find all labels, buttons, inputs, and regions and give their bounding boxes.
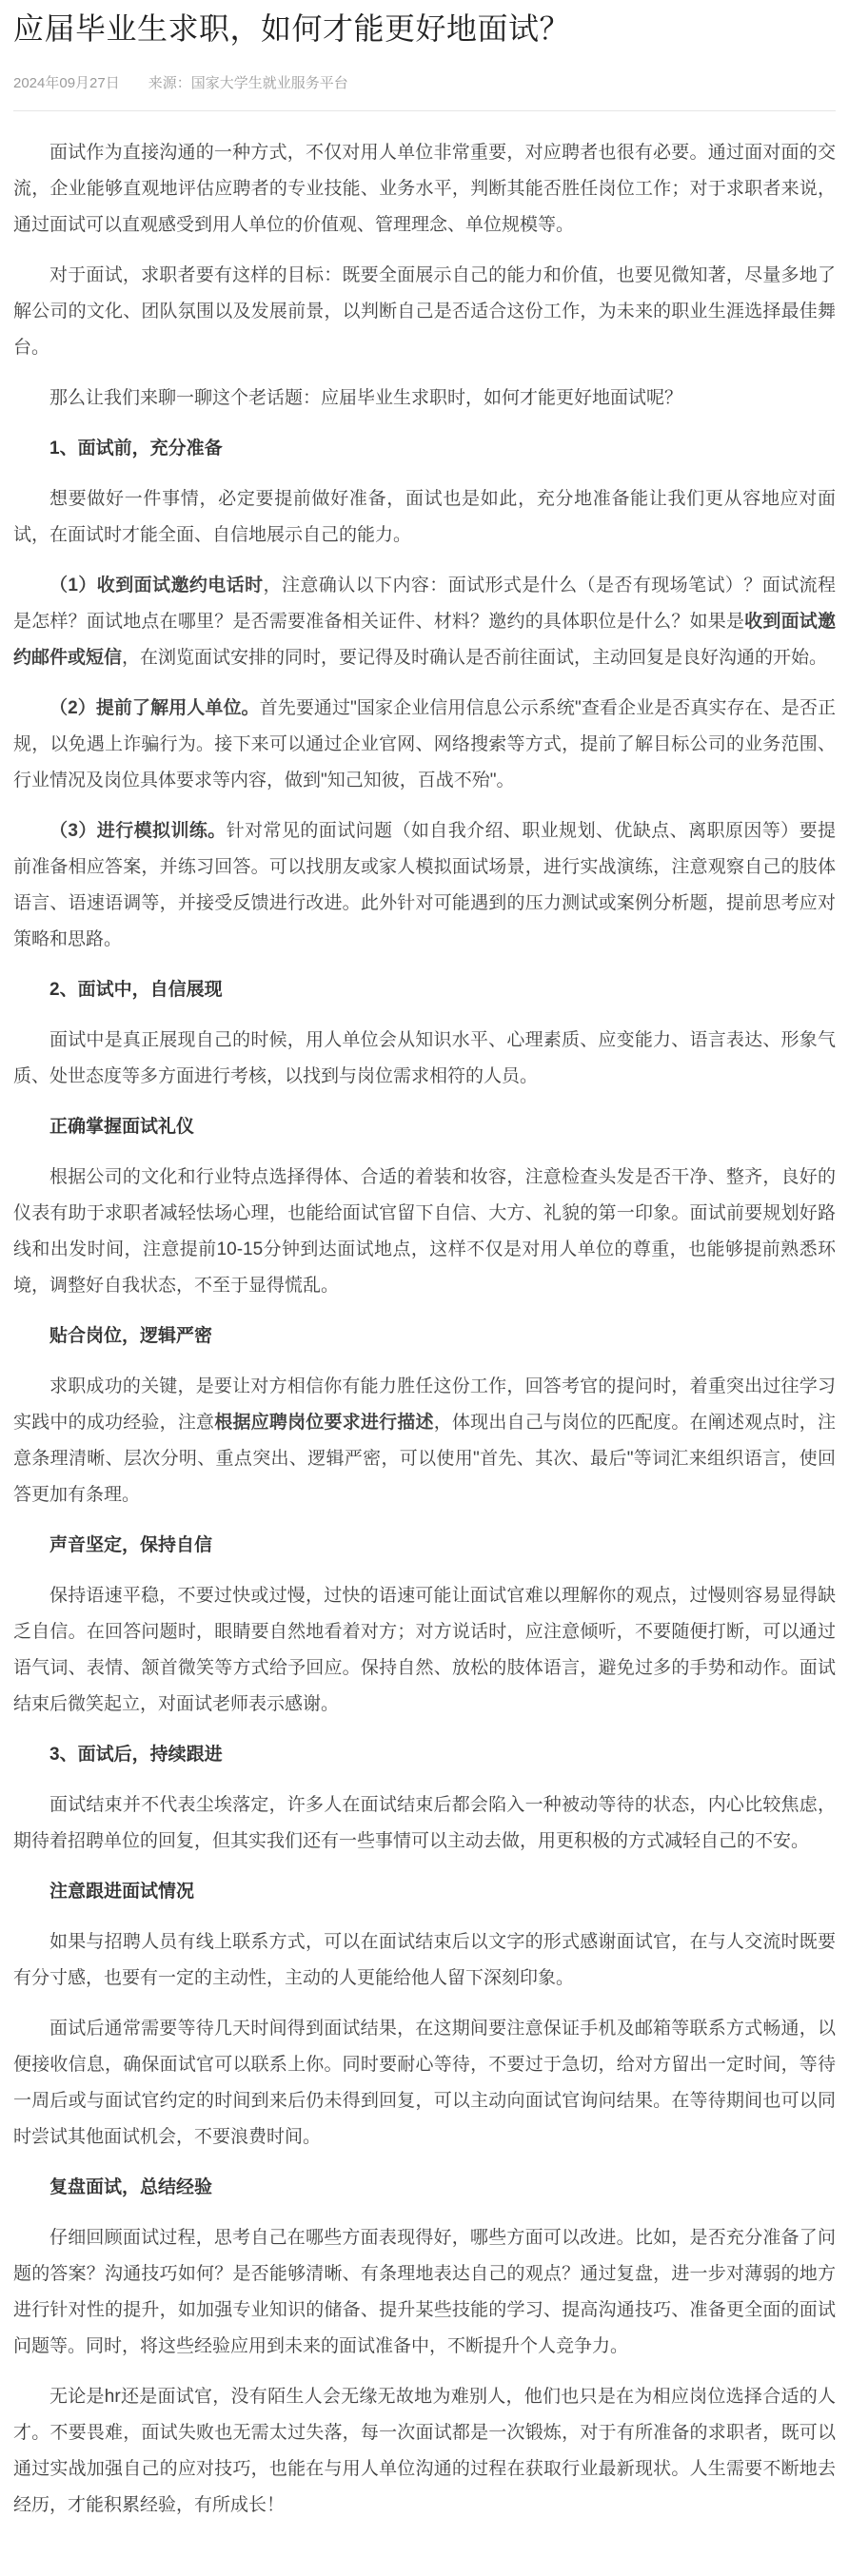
text-run: 面试中是真正展现自己的时候，用人单位会从知识水平、心理素质、应变能力、语言表达、… xyxy=(13,1030,836,1086)
text-run: 正确掌握面试礼仪 xyxy=(49,1117,194,1137)
text-run: 对于面试，求职者要有这样的目标：既要全面展示自己的能力和价值，也要见微知著，尽量… xyxy=(13,265,836,358)
article-paragraph: （1）收到面试邀约电话时，注意确认以下内容：面试形式是什么（是否有现场笔试）？面… xyxy=(13,568,836,676)
section-heading: 声音坚定，保持自信 xyxy=(13,1528,836,1564)
text-run: 1、面试前，充分准备 xyxy=(49,439,223,459)
article-paragraph: 对于面试，求职者要有这样的目标：既要全面展示自己的能力和价值，也要见微知著，尽量… xyxy=(13,258,836,366)
text-run: 想要做好一件事情，必定要提前做好准备，面试也是如此，充分地准备能让我们更从容地应… xyxy=(13,489,836,545)
emphasis-text: （1）收到面试邀约电话时 xyxy=(49,576,264,595)
article-page: 应届毕业生求职，如何才能更好地面试？ 2024年09月27日来源：国家大学生就业… xyxy=(0,8,849,2576)
publish-date: 2024年09月27日 xyxy=(13,75,120,91)
section-heading: 1、面试前，充分准备 xyxy=(13,431,836,467)
text-run: 复盘面试，总结经验 xyxy=(49,2177,212,2197)
article-paragraph: 想要做好一件事情，必定要提前做好准备，面试也是如此，充分地准备能让我们更从容地应… xyxy=(13,481,836,554)
article-paragraph: 求职成功的关键，是要让对方相信你有能力胜任这份工作，回答考官的提问时，着重突出过… xyxy=(13,1369,836,1513)
section-heading: 2、面试中，自信展现 xyxy=(13,972,836,1008)
article-paragraph: 如果与招聘人员有线上联系方式，可以在面试结束后以文字的形式感谢面试官，在与人交流… xyxy=(13,1924,836,1997)
section-heading: 正确掌握面试礼仪 xyxy=(13,1109,836,1145)
article-paragraph: （3）进行模拟训练。针对常见的面试问题（如自我介绍、职业规划、优缺点、离职原因等… xyxy=(13,813,836,958)
text-run: 注意跟进面试情况 xyxy=(49,1882,194,1902)
source-label: 来源： xyxy=(148,75,191,91)
emphasis-text: 根据应聘岗位要求进行描述 xyxy=(214,1413,433,1433)
text-run: 仔细回顾面试过程，思考自己在哪些方面表现得好，哪些方面可以改进。比如，是否充分准… xyxy=(13,2228,836,2356)
section-heading: 复盘面试，总结经验 xyxy=(13,2170,836,2206)
text-run: 面试作为直接沟通的一种方式，不仅对用人单位非常重要，对应聘者也很有必要。通过面对… xyxy=(13,143,836,235)
text-run: 那么让我们来聊一聊这个老话题：应届毕业生求职时，如何才能更好地面试呢？ xyxy=(49,388,682,408)
text-run: 面试后通常需要等待几天时间得到面试结果，在这期间要注意保证手机及邮箱等联系方式畅… xyxy=(13,2019,836,2147)
text-run: 2、面试中，自信展现 xyxy=(49,980,223,1000)
source-name: 国家大学生就业服务平台 xyxy=(191,75,348,91)
text-run: 保持语速平稳，不要过快或过慢，过快的语速可能让面试官难以理解你的观点，过慢则容易… xyxy=(13,1586,836,1714)
article-paragraph: 面试后通常需要等待几天时间得到面试结果，在这期间要注意保证手机及邮箱等联系方式畅… xyxy=(13,2011,836,2156)
text-run: 无论是hr还是面试官，没有陌生人会无缘无故地为难别人，他们也只是在为相应岗位选择… xyxy=(13,2387,836,2515)
article-paragraph: 面试结束并不代表尘埃落定，许多人在面试结束后都会陷入一种被动等待的状态，内心比较… xyxy=(13,1787,836,1860)
article-paragraph: （2）提前了解用人单位。首先要通过"国家企业信用信息公示系统"查看企业是否真实存… xyxy=(13,691,836,799)
section-heading: 3、面试后，持续跟进 xyxy=(13,1737,836,1773)
article-paragraph: 无论是hr还是面试官，没有陌生人会无缘无故地为难别人，他们也只是在为相应岗位选择… xyxy=(13,2379,836,2524)
article-paragraph: 面试作为直接沟通的一种方式，不仅对用人单位非常重要，对应聘者也很有必要。通过面对… xyxy=(13,135,836,244)
article-paragraph: 保持语速平稳，不要过快或过慢，过快的语速可能让面试官难以理解你的观点，过慢则容易… xyxy=(13,1578,836,1723)
section-heading: 注意跟进面试情况 xyxy=(13,1874,836,1910)
text-run: 如果与招聘人员有线上联系方式，可以在面试结束后以文字的形式感谢面试官，在与人交流… xyxy=(13,1932,836,1988)
emphasis-text: （3）进行模拟训练。 xyxy=(49,821,227,841)
article-paragraph: 那么让我们来聊一聊这个老话题：应届毕业生求职时，如何才能更好地面试呢？ xyxy=(13,381,836,417)
text-run: 3、面试后，持续跟进 xyxy=(49,1745,223,1765)
article-paragraph: 仔细回顾面试过程，思考自己在哪些方面表现得好，哪些方面可以改进。比如，是否充分准… xyxy=(13,2220,836,2365)
text-run: ，在浏览面试安排的同时，要记得及时确认是否前往面试，主动回复是良好沟通的开始。 xyxy=(122,648,827,668)
text-run: 根据公司的文化和行业特点选择得体、合适的着装和妆容，注意检查头发是否干净、整齐，… xyxy=(13,1167,836,1296)
page-title: 应届毕业生求职，如何才能更好地面试？ xyxy=(13,8,836,49)
text-run: 面试结束并不代表尘埃落定，许多人在面试结束后都会陷入一种被动等待的状态，内心比较… xyxy=(13,1795,836,1851)
article-body: 面试作为直接沟通的一种方式，不仅对用人单位非常重要，对应聘者也很有必要。通过面对… xyxy=(13,111,836,2524)
emphasis-text: （2）提前了解用人单位。 xyxy=(49,698,260,718)
article-paragraph: 面试中是真正展现自己的时候，用人单位会从知识水平、心理素质、应变能力、语言表达、… xyxy=(13,1023,836,1095)
article-paragraph: 根据公司的文化和行业特点选择得体、合适的着装和妆容，注意检查头发是否干净、整齐，… xyxy=(13,1160,836,1304)
section-heading: 贴合岗位，逻辑严密 xyxy=(13,1318,836,1355)
text-run: 声音坚定，保持自信 xyxy=(49,1535,212,1555)
text-run: 贴合岗位，逻辑严密 xyxy=(49,1326,212,1346)
article-meta: 2024年09月27日来源：国家大学生就业服务平台 xyxy=(13,74,836,93)
